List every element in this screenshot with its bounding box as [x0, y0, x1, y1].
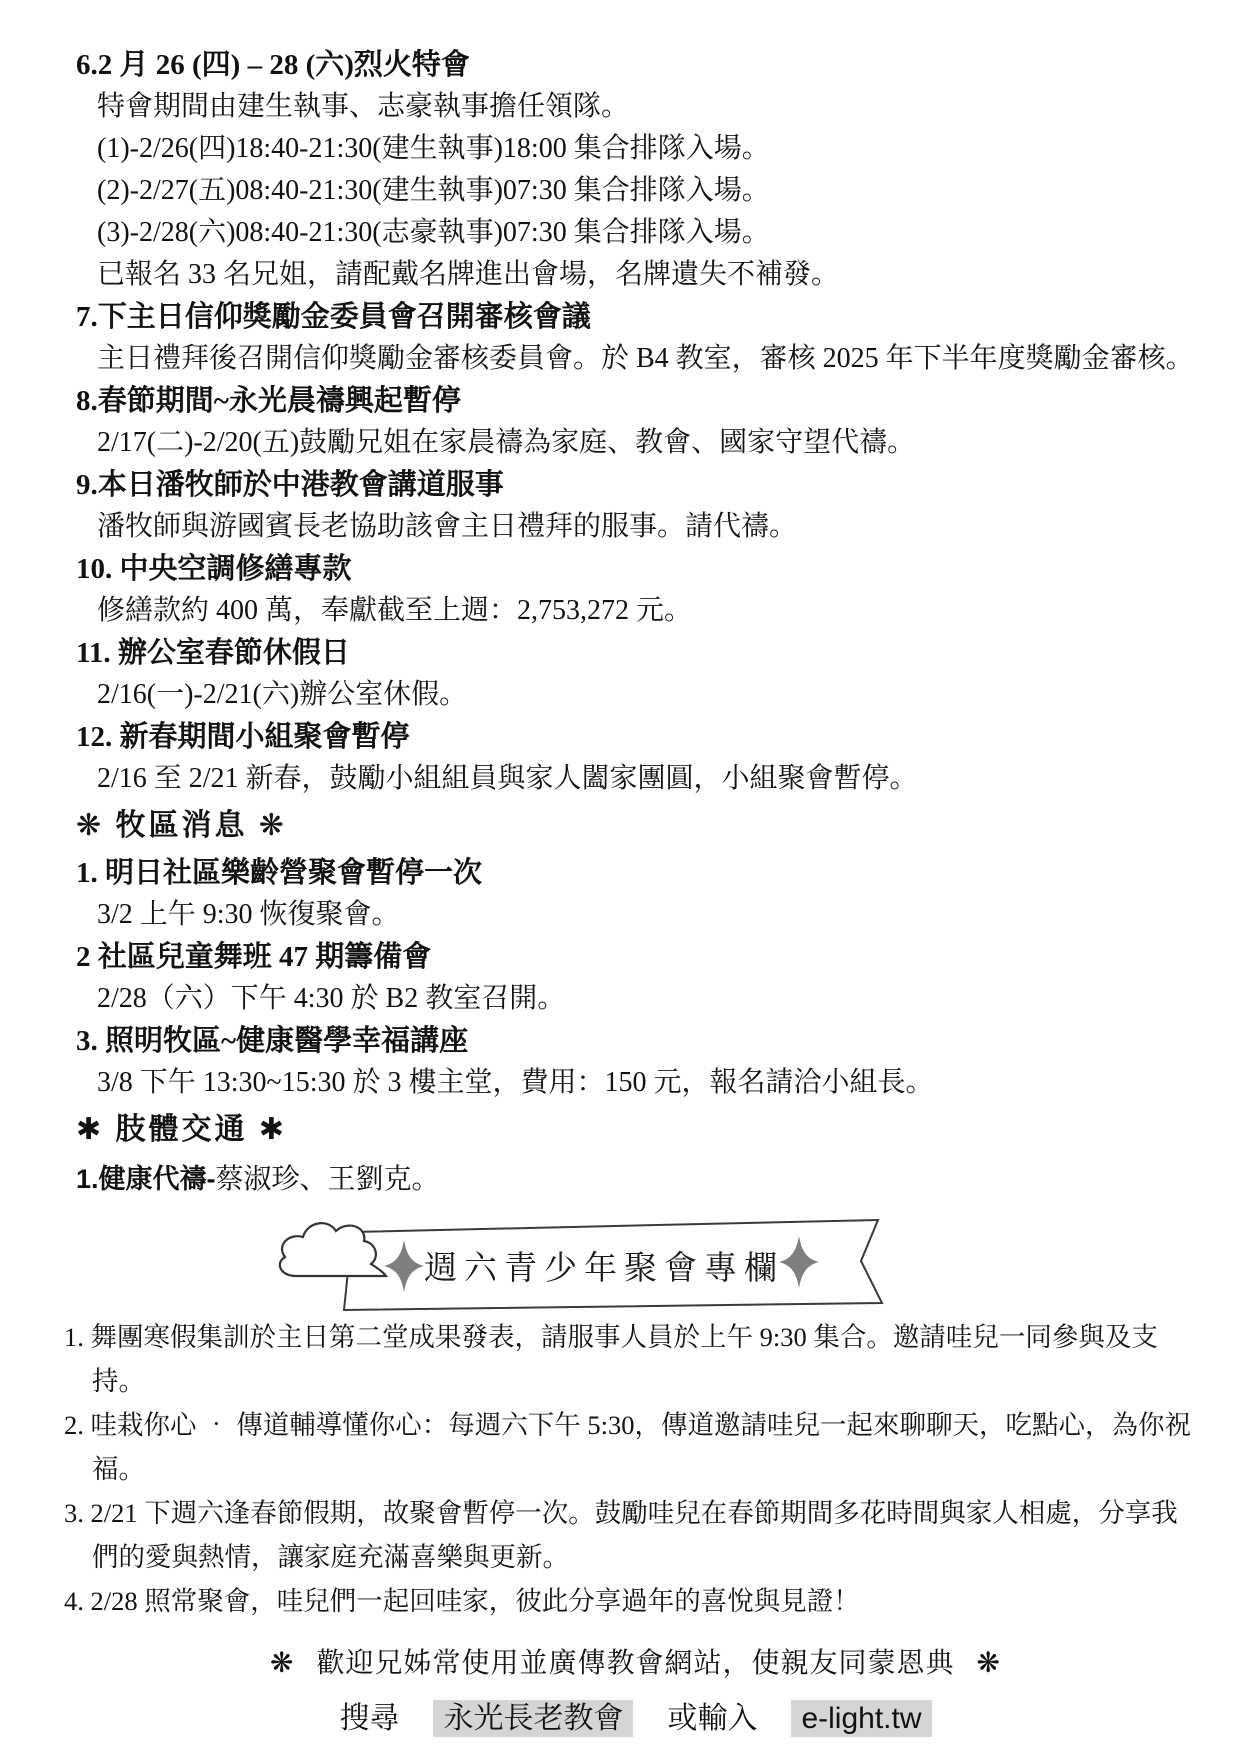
- announcement-heading: 7.下主日信仰獎勵金委員會召開審核會議: [76, 296, 1195, 338]
- announcement-line: 2/16(一)-2/21(六)辦公室休假。: [76, 674, 1195, 716]
- announcement-heading: 6.2 月 26 (四) – 28 (六)烈火特會: [76, 44, 1195, 86]
- announcement-line: 特會期間由建生執事、志豪執事擔任領隊。: [76, 86, 1195, 128]
- youth-item: 1. 舞團寒假集訓於主日第二堂成果發表，請服事人員於上午 9:30 集合。邀請哇…: [64, 1315, 1204, 1403]
- announcement-line: (2)-2/27(五)08:40-21:30(建生執事)07:30 集合排隊入場…: [76, 170, 1195, 212]
- pastoral-section-heading: ❋ 牧區消息 ❋: [76, 800, 1195, 852]
- announcement-line: 潘牧師與游國賓長老協助該會主日禮拜的服事。請代禱。: [76, 506, 1195, 548]
- flower-asterisk-icon: ❋: [270, 1647, 294, 1678]
- announcement-heading: 9.本日潘牧師於中港教會講道服事: [76, 464, 1195, 506]
- announcement-heading: 11. 辦公室春節休假日: [76, 632, 1195, 674]
- url-highlight: e-light.tw: [791, 1700, 931, 1737]
- announcement-item: 10. 中央空調修繕專款 修繕款約 400 萬，奉獻截至上週：2,753,272…: [76, 548, 1195, 632]
- announcement-line: 2/17(二)-2/20(五)鼓勵兄姐在家晨禱為家庭、教會、國家守望代禱。: [76, 422, 1195, 464]
- announcement-line: (1)-2/26(四)18:40-21:30(建生執事)18:00 集合排隊入場…: [76, 128, 1195, 170]
- youth-announcements: 1. 舞團寒假集訓於主日第二堂成果發表，請服事人員於上午 9:30 集合。邀請哇…: [64, 1315, 1204, 1623]
- pastoral-item-heading: 1. 明日社區樂齡營聚會暫停一次: [76, 852, 1195, 894]
- pastoral-item: 3. 照明牧區~健康醫學幸福講座 3/8 下午 13:30~15:30 於 3 …: [76, 1020, 1195, 1104]
- or-label: 或輸入: [667, 1702, 757, 1735]
- pastoral-item-heading: 2 社區兒童舞班 47 期籌備會: [76, 936, 1195, 978]
- fellowship-item-title: 1.健康代禱-: [76, 1164, 216, 1194]
- announcement-item: 7.下主日信仰獎勵金委員會召開審核會議 主日禮拜後召開信仰獎勵金審核委員會。於 …: [76, 296, 1195, 380]
- search-term-highlight: 永光長老教會: [433, 1700, 633, 1737]
- announcement-item: 9.本日潘牧師於中港教會講道服事 潘牧師與游國賓長老協助該會主日禮拜的服事。請代…: [76, 464, 1195, 548]
- fellowship-section-heading: ✱ 肢體交通 ✱: [76, 1104, 1195, 1156]
- search-label: 搜尋: [339, 1702, 399, 1735]
- pastoral-item: 1. 明日社區樂齡營聚會暫停一次 3/2 上午 9:30 恢復聚會。: [76, 852, 1195, 936]
- youth-item: 3. 2/21 下週六逢春節假期，故聚會暫停一次。鼓勵哇兒在春節期間多花時間與家…: [64, 1491, 1204, 1579]
- fellowship-item-names: 蔡淑珍、王劉克。: [216, 1164, 440, 1195]
- pastoral-item: 2 社區兒童舞班 47 期籌備會 2/28（六）下午 4:30 於 B2 教室召…: [76, 936, 1195, 1020]
- announcement-heading: 8.春節期間~永光晨禱興起暫停: [76, 380, 1195, 422]
- announcement-item: 12. 新春期間小組聚會暫停 2/16 至 2/21 新春，鼓勵小組組員與家人闔…: [76, 716, 1195, 800]
- announcement-item: 6.2 月 26 (四) – 28 (六)烈火特會 特會期間由建生執事、志豪執事…: [76, 44, 1195, 296]
- youth-banner: 週六青少年聚會專欄: [272, 1207, 892, 1315]
- announcement-heading: 10. 中央空調修繕專款: [76, 548, 1195, 590]
- youth-banner-graphic: 週六青少年聚會專欄: [272, 1207, 892, 1315]
- pastoral-item-line: 2/28（六）下午 4:30 於 B2 教室召開。: [76, 978, 1195, 1020]
- pastoral-item-line: 3/8 下午 13:30~15:30 於 3 樓主堂，費用：150 元，報名請洽…: [76, 1062, 1195, 1104]
- announcement-line: 修繕款約 400 萬，奉獻截至上週：2,753,272 元。: [76, 590, 1195, 632]
- pastoral-item-line: 3/2 上午 9:30 恢復聚會。: [76, 894, 1195, 936]
- announcement-heading: 12. 新春期間小組聚會暫停: [76, 716, 1195, 758]
- youth-banner-title: 週六青少年聚會專欄: [424, 1250, 784, 1287]
- bulletin-page: 6.2 月 26 (四) – 28 (六)烈火特會 特會期間由建生執事、志豪執事…: [0, 0, 1241, 1737]
- announcement-line: 已報名 33 名兄姐，請配戴名牌進出會場，名牌遺失不補發。: [76, 254, 1195, 296]
- announcement-line: (3)-2/28(六)08:40-21:30(志豪執事)07:30 集合排隊入場…: [76, 212, 1195, 254]
- youth-item: 2. 哇栽你心 ‧ 傳道輔導懂你心：每週六下午 5:30，傳道邀請哇兒一起來聊聊…: [64, 1403, 1204, 1491]
- announcement-line: 主日禮拜後召開信仰獎勵金審核委員會。於 B4 教室，審核 2025 年下半年度獎…: [76, 338, 1195, 380]
- flower-asterisk-icon: ❋: [977, 1647, 1001, 1678]
- footer-note: ❋歡迎兄姊常使用並廣傳教會網站，使親友同蒙恩典❋: [76, 1641, 1195, 1681]
- announcement-line: 2/16 至 2/21 新春，鼓勵小組組員與家人闔家團圓，小組聚會暫停。: [76, 758, 1195, 800]
- footer-message: 歡迎兄姊常使用並廣傳教會網站，使親友同蒙恩典: [316, 1647, 954, 1678]
- footer-search-line: 搜尋永光長老教會或輸入e-light.tw: [76, 1693, 1195, 1737]
- pastoral-item-heading: 3. 照明牧區~健康醫學幸福講座: [76, 1020, 1195, 1062]
- announcement-item: 8.春節期間~永光晨禱興起暫停 2/17(二)-2/20(五)鼓勵兄姐在家晨禱為…: [76, 380, 1195, 464]
- youth-item: 4. 2/28 照常聚會，哇兒們一起回哇家，彼此分享過年的喜悅與見證！: [64, 1579, 1204, 1623]
- fellowship-item: 1.健康代禱-蔡淑珍、王劉克。: [76, 1156, 1195, 1203]
- announcement-item: 11. 辦公室春節休假日 2/16(一)-2/21(六)辦公室休假。: [76, 632, 1195, 716]
